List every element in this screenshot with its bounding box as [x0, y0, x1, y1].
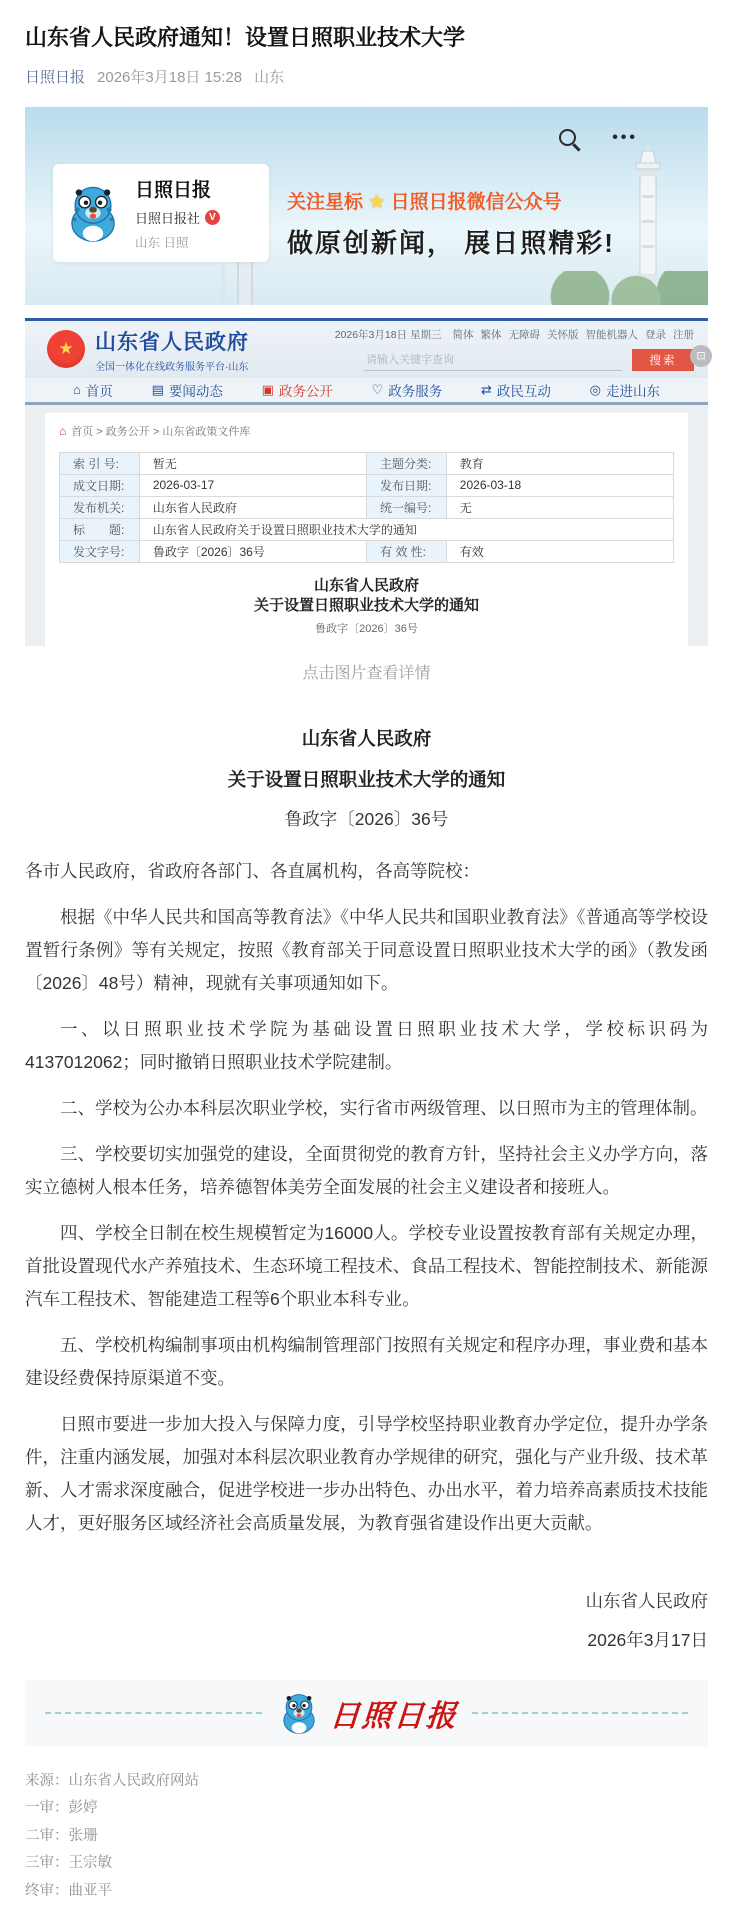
validity-status: 有效 — [446, 540, 673, 562]
gov-nav-disclosure-label: 政务公开 — [279, 380, 333, 400]
seal-mascot-icon — [276, 1690, 322, 1736]
news-icon: ▤ — [152, 382, 164, 398]
table-row: 索 引 号: 暂无 主题分类: 教育 — [60, 452, 674, 474]
gov-nav: ⌂ 首页 ▤ 要闻动态 ▣ 政务公开 ♡ 政务服务 ⇄ 政民互动 ◎ 走进山东 — [25, 378, 708, 405]
gov-nav-disclosure: ▣ 政务公开 — [262, 380, 333, 400]
byline: 日照日报 2026年3月18日 15:28 山东 — [25, 66, 708, 87]
footer-credits: 来源：山东省人民政府网站 一审：彭婷 二审：张珊 三审：王宗敏 终审：曲亚平 — [0, 1746, 733, 1931]
image-caption: 点击图片查看详情 — [25, 660, 708, 683]
credit-source: 来源：山东省人民政府网站 — [25, 1768, 708, 1796]
link-care-mode: 关怀版 — [547, 327, 579, 342]
banner-org-name: 日照日报社 — [135, 208, 200, 227]
meta-value: 山东省人民政府关于设置日照职业技术大学的通知 — [139, 518, 673, 540]
gov-nav-about-label: 走进山东 — [606, 380, 660, 400]
banner-paper-name: 日照日报 — [135, 175, 220, 202]
paragraph: 日照市要进一步加大投入与保障力度，引导学校坚持职业教育办学定位，提升办学条件，注… — [25, 1408, 708, 1540]
gov-header: ★ 山东省人民政府 全国一体化在线政务服务平台·山东 2026年3月18日 星期… — [25, 321, 708, 378]
gov-doc-title-line1: 山东省人民政府 — [59, 576, 674, 596]
signature-block: 山东省人民政府 2026年3月17日 — [25, 1582, 708, 1660]
gov-nav-news-label: 要闻动态 — [169, 380, 223, 400]
link-register: 注册 — [673, 327, 694, 342]
meta-label: 有 效 性: — [366, 540, 446, 562]
search-icon — [559, 129, 576, 146]
gov-doc-title-line2: 关于设置日照职业技术大学的通知 — [59, 596, 674, 616]
gov-corner-icon: ⊡ — [690, 345, 712, 367]
page-title: 山东省人民政府通知！设置日照职业技术大学 — [25, 0, 708, 54]
meta-label: 发布机关: — [60, 496, 140, 518]
meta-value: 无 — [446, 496, 673, 518]
article-heading-line2: 关于设置日照职业技术大学的通知 — [25, 766, 708, 792]
account-card: 日照日报 日照日报社 V 山东 日照 — [53, 164, 269, 262]
document-meta-table: 索 引 号: 暂无 主题分类: 教育 成文日期: 2026-03-17 发布日期… — [59, 452, 674, 563]
home-icon: ⌂ — [73, 382, 81, 397]
document-icon: ▣ — [262, 382, 274, 398]
gov-date: 2026年3月18日 星期三 — [335, 327, 442, 342]
table-row: 发布机关: 山东省人民政府 统一编号: 无 — [60, 496, 674, 518]
banner-promo-text: 关注星标 ★ 日照日报微信公众号 — [287, 187, 562, 214]
heart-icon: ♡ — [372, 382, 384, 398]
seal-mascot-icon — [61, 181, 125, 245]
meta-value: 教育 — [446, 452, 673, 474]
meta-label: 统一编号: — [366, 496, 446, 518]
signature-name: 山东省人民政府 — [25, 1582, 708, 1621]
paragraph: 五、学校机构编制事项由机构编制管理部门按照有关规定和程序办理，事业费和基本建设经… — [25, 1329, 708, 1395]
paper-logo-band: 日照日报 — [25, 1680, 708, 1746]
banner-image[interactable]: ••• — [25, 107, 708, 305]
gov-top-links: 2026年3月18日 星期三 简体 繁体 无障碍 关怀版 智能机器人 登录 注册 — [364, 327, 694, 342]
trees-illustration — [548, 271, 708, 305]
star-icon: ★ — [368, 192, 385, 213]
paragraph: 根据《中华人民共和国高等教育法》《中华人民共和国职业教育法》《普通高等学校设置暂… — [25, 901, 708, 1000]
link-login: 登录 — [645, 327, 666, 342]
banner-region: 山东 日照 — [135, 233, 220, 251]
gov-site-subtitle: 全国一体化在线政务服务平台·山东 — [95, 358, 249, 373]
gov-doc-number: 鲁政字〔2026〕36号 — [59, 620, 674, 636]
meta-value: 2026-03-18 — [446, 474, 673, 496]
gov-site-screenshot[interactable]: ★ 山东省人民政府 全国一体化在线政务服务平台·山东 2026年3月18日 星期… — [25, 318, 708, 646]
gov-search-button: 搜索 — [632, 349, 694, 371]
meta-label: 发布日期: — [366, 474, 446, 496]
meta-label: 索 引 号: — [60, 452, 140, 474]
dashed-divider — [45, 1712, 262, 1714]
gov-nav-about: ◎ 走进山东 — [590, 380, 660, 400]
credit-third-review: 三审：王宗敏 — [25, 1850, 708, 1878]
breadcrumb: ⌂ 首页 > 政务公开 > 山东省政策文件库 — [59, 423, 674, 439]
article-doc-number: 鲁政字〔2026〕36号 — [25, 806, 708, 831]
account-link[interactable]: 日照日报 — [25, 66, 85, 87]
banner-slogan: 做原创新闻， 展日照精彩! — [287, 223, 615, 260]
breadcrumb-home-icon: ⌂ — [59, 424, 66, 438]
link-traditional: 繁体 — [481, 327, 502, 342]
promo-suffix: 日照日报微信公众号 — [391, 192, 562, 213]
meta-label: 成文日期: — [60, 474, 140, 496]
gov-nav-interaction-label: 政民互动 — [497, 380, 551, 400]
national-emblem-icon: ★ — [47, 330, 85, 368]
meta-label: 发文字号: — [60, 540, 140, 562]
gov-document-card: ⌂ 首页 > 政务公开 > 山东省政策文件库 索 引 号: 暂无 主题分类: 教… — [45, 413, 688, 646]
credit-final-review: 终审：曲亚平 — [25, 1878, 708, 1906]
table-row: 成文日期: 2026-03-17 发布日期: 2026-03-18 — [60, 474, 674, 496]
link-robot: 智能机器人 — [586, 327, 639, 342]
gov-nav-services-label: 政务服务 — [388, 380, 442, 400]
link-simplified: 简体 — [453, 327, 474, 342]
interaction-icon: ⇄ — [481, 382, 492, 398]
gov-nav-services: ♡ 政务服务 — [372, 380, 443, 400]
gov-site-name: 山东省人民政府 — [95, 326, 249, 356]
article-heading-line1: 山东省人民政府 — [25, 725, 708, 751]
meta-label: 标 题: — [60, 518, 140, 540]
paragraph: 二、学校为公办本科层次职业学校，实行省市两级管理、以日照市为主的管理体制。 — [25, 1092, 708, 1125]
gov-nav-home-label: 首页 — [86, 380, 113, 400]
meta-value: 山东省人民政府 — [139, 496, 366, 518]
table-row: 标 题: 山东省人民政府关于设置日照职业技术大学的通知 — [60, 518, 674, 540]
meta-label: 主题分类: — [366, 452, 446, 474]
meta-value: 鲁政字〔2026〕36号 — [139, 540, 366, 562]
promo-prefix: 关注星标 — [287, 192, 363, 213]
salutation: 各市人民政府，省政府各部门、各直属机构，各高等院校： — [25, 855, 708, 888]
meta-value: 暂无 — [139, 452, 366, 474]
gov-search-input: 请输入关键字查询 — [364, 348, 622, 371]
credit-first-review: 一审：彭婷 — [25, 1795, 708, 1823]
publish-time: 2026年3月18日 15:28 — [97, 66, 242, 87]
gov-nav-news: ▤ 要闻动态 — [152, 380, 223, 400]
paragraph: 一、以日照职业技术学院为基础设置日照职业技术大学，学校标识码为413701206… — [25, 1013, 708, 1079]
paragraph: 四、学校全日制在校生规模暂定为16000人。学校专业设置按教育部有关规定办理，首… — [25, 1217, 708, 1316]
paper-logo-text: 日照日报 — [328, 1691, 459, 1735]
table-row: 发文字号: 鲁政字〔2026〕36号 有 效 性: 有效 — [60, 540, 674, 562]
location-icon: ◎ — [590, 382, 601, 398]
credit-second-review: 二审：张珊 — [25, 1823, 708, 1851]
gov-nav-interaction: ⇄ 政民互动 — [481, 380, 551, 400]
signature-date: 2026年3月17日 — [25, 1621, 708, 1660]
link-accessibility: 无障碍 — [509, 327, 541, 342]
publish-location: 山东 — [254, 66, 284, 87]
dashed-divider — [472, 1712, 689, 1714]
bridge-pylon-small — [221, 265, 226, 305]
paragraph: 三、学校要切实加强党的建设，全面贯彻党的教育方针，坚持社会主义办学方向，落实立德… — [25, 1138, 708, 1204]
breadcrumb-text: 首页 > 政务公开 > 山东省政策文件库 — [71, 423, 250, 439]
gov-nav-home: ⌂ 首页 — [73, 380, 113, 400]
meta-value: 2026-03-17 — [139, 474, 366, 496]
verified-badge-icon: V — [205, 210, 220, 225]
